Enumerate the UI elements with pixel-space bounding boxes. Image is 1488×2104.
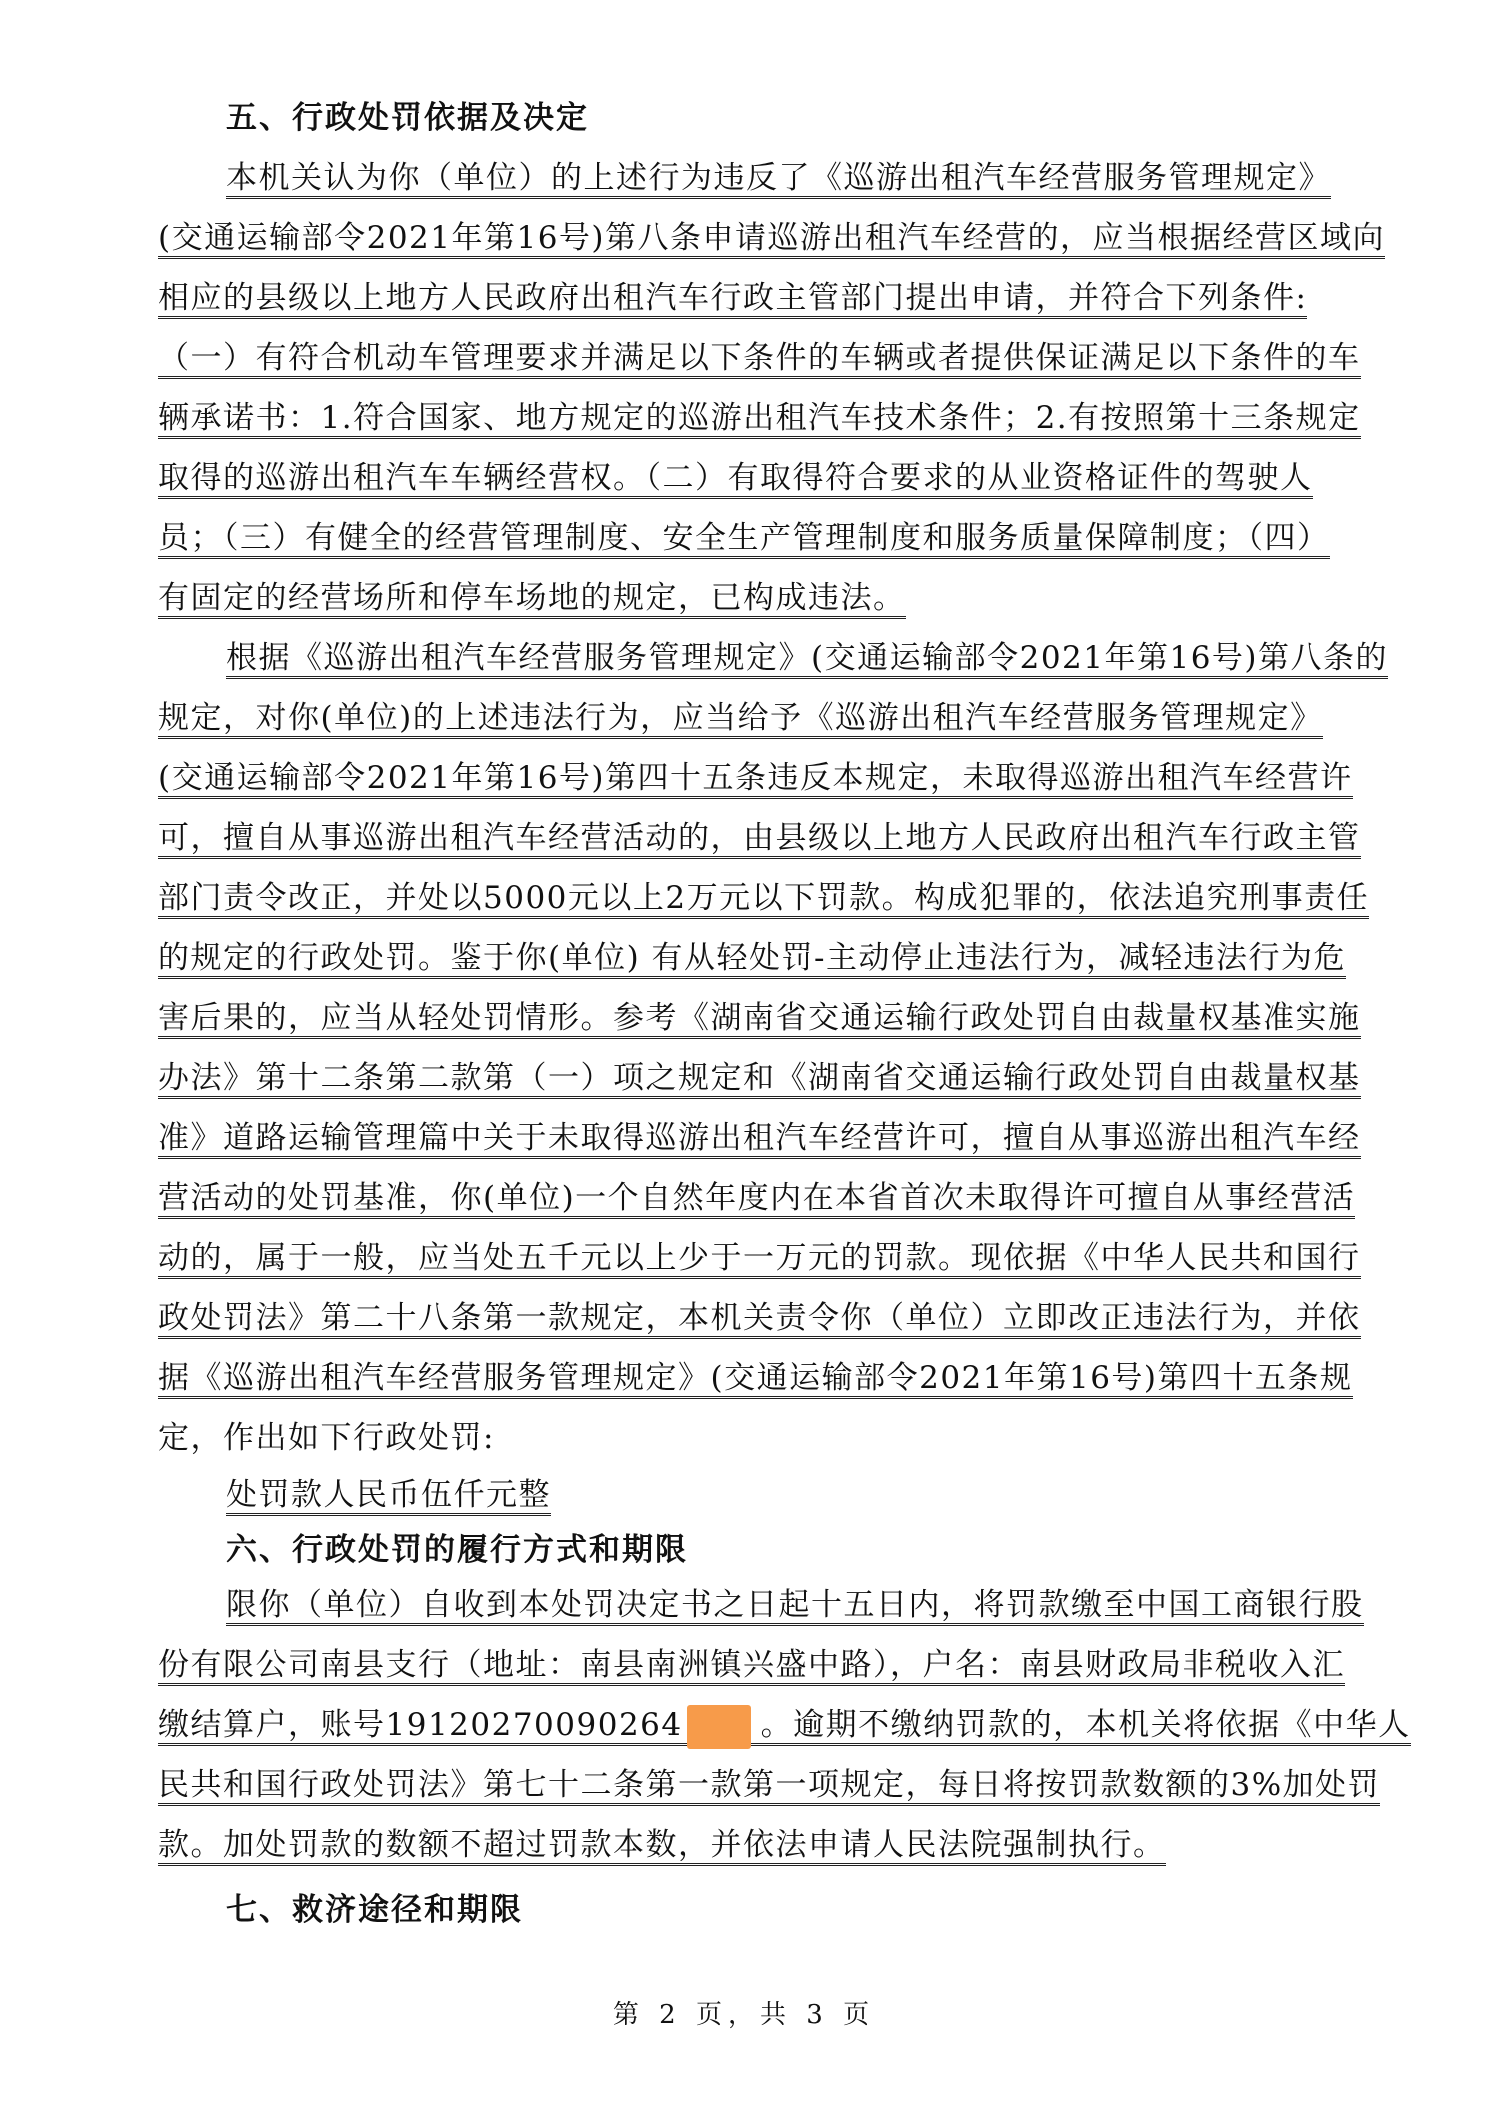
- paragraph-line: 根据《巡游出租汽车经营服务管理规定》(交通运输部令2021年第16号)第八条的: [226, 636, 1404, 680]
- account-number: 缴结算户，账号19120270090264: [158, 1707, 683, 1743]
- paragraph-line: 缴结算户，账号19120270090264。逾期不缴纳罚款的，本机关将依据《中华…: [158, 1703, 1404, 1747]
- paragraph-line: 规定，对你(单位)的上述违法行为，应当给予《巡游出租汽车经营服务管理规定》: [158, 696, 1404, 740]
- section-heading-5: 五、行政处罚依据及决定: [226, 96, 1404, 140]
- paragraph-line: 的规定的行政处罚。鉴于你(单位) 有从轻处罚-主动停止违法行为，减轻违法行为危: [158, 936, 1404, 980]
- paragraph-line: 据《巡游出租汽车经营服务管理规定》(交通运输部令2021年第16号)第四十五条规: [158, 1356, 1404, 1400]
- paragraph-line: 民共和国行政处罚法》第七十二条第一款第一项规定，每日将按罚款数额的3%加处罚: [158, 1763, 1404, 1807]
- redaction-block: [687, 1705, 751, 1749]
- paragraph-line: (交通运输部令2021年第16号)第八条申请巡游出租汽车经营的，应当根据经营区域…: [158, 216, 1404, 260]
- paragraph-line: 有固定的经营场所和停车场地的规定，已构成违法。: [158, 576, 1404, 620]
- paragraph-line: 相应的县级以上地方人民政府出租汽车行政主管部门提出申请，并符合下列条件:: [158, 276, 1404, 320]
- paragraph-line: 政处罚法》第二十八条第一款规定，本机关责令你（单位）立即改正违法行为，并依: [158, 1296, 1404, 1340]
- paragraph-line: (交通运输部令2021年第16号)第四十五条违反本规定，未取得巡游出租汽车经营许: [158, 756, 1404, 800]
- paragraph-line: 部门责令改正，并处以5000元以上2万元以下罚款。构成犯罪的，依法追究刑事责任: [158, 876, 1404, 920]
- paragraph-line: 营活动的处罚基准，你(单位)一个自然年度内在本省首次未取得许可擅自从事经营活: [158, 1176, 1404, 1220]
- paragraph-line: 动的，属于一般，应当处五千元以上少于一万元的罚款。现依据《中华人民共和国行: [158, 1236, 1404, 1280]
- paragraph-line: 员；（三）有健全的经营管理制度、安全生产管理制度和服务质量保障制度；（四）: [158, 516, 1404, 560]
- paragraph-line: 款。加处罚款的数额不超过罚款本数，并依法申请人民法院强制执行。: [158, 1823, 1404, 1867]
- paragraph-line: 份有限公司南县支行（地址：南县南洲镇兴盛中路），户名：南县财政局非税收入汇: [158, 1643, 1404, 1687]
- paragraph-line: 辆承诺书：1.符合国家、地方规定的巡游出租汽车技术条件；2.有按照第十三条规定: [158, 396, 1404, 440]
- paragraph-line: 限你（单位）自收到本处罚决定书之日起十五日内，将罚款缴至中国工商银行股: [226, 1583, 1404, 1627]
- paragraph-line: 害后果的，应当从轻处罚情形。参考《湖南省交通运输行政处罚自由裁量权基准实施: [158, 996, 1404, 1040]
- page-footer: 第 2 页，共 3 页: [0, 1994, 1488, 2031]
- section-heading-7: 七、救济途径和期限: [226, 1888, 1404, 1932]
- paragraph-line: 准》道路运输管理篇中关于未取得巡游出租汽车经营许可，擅自从事巡游出租汽车经: [158, 1116, 1404, 1160]
- paragraph-line: 本机关认为你（单位）的上述行为违反了《巡游出租汽车经营服务管理规定》: [226, 156, 1404, 200]
- paragraph-line: 取得的巡游出租汽车车辆经营权。（二）有取得符合要求的从业资格证件的驾驶人: [158, 456, 1404, 500]
- paragraph-line: （一）有符合机动车管理要求并满足以下条件的车辆或者提供保证满足以下条件的车: [158, 336, 1404, 380]
- paragraph-line: 定，作出如下行政处罚:: [158, 1416, 1404, 1460]
- paragraph-line: 可，擅自从事巡游出租汽车经营活动的，由县级以上地方人民政府出租汽车行政主管: [158, 816, 1404, 860]
- paragraph-line: 办法》第十二条第二款第（一）项之规定和《湖南省交通运输行政处罚自由裁量权基: [158, 1056, 1404, 1100]
- section-heading-6: 六、行政处罚的履行方式和期限: [226, 1528, 1404, 1572]
- penalty-amount: 处罚款人民币伍仟元整: [226, 1473, 1404, 1517]
